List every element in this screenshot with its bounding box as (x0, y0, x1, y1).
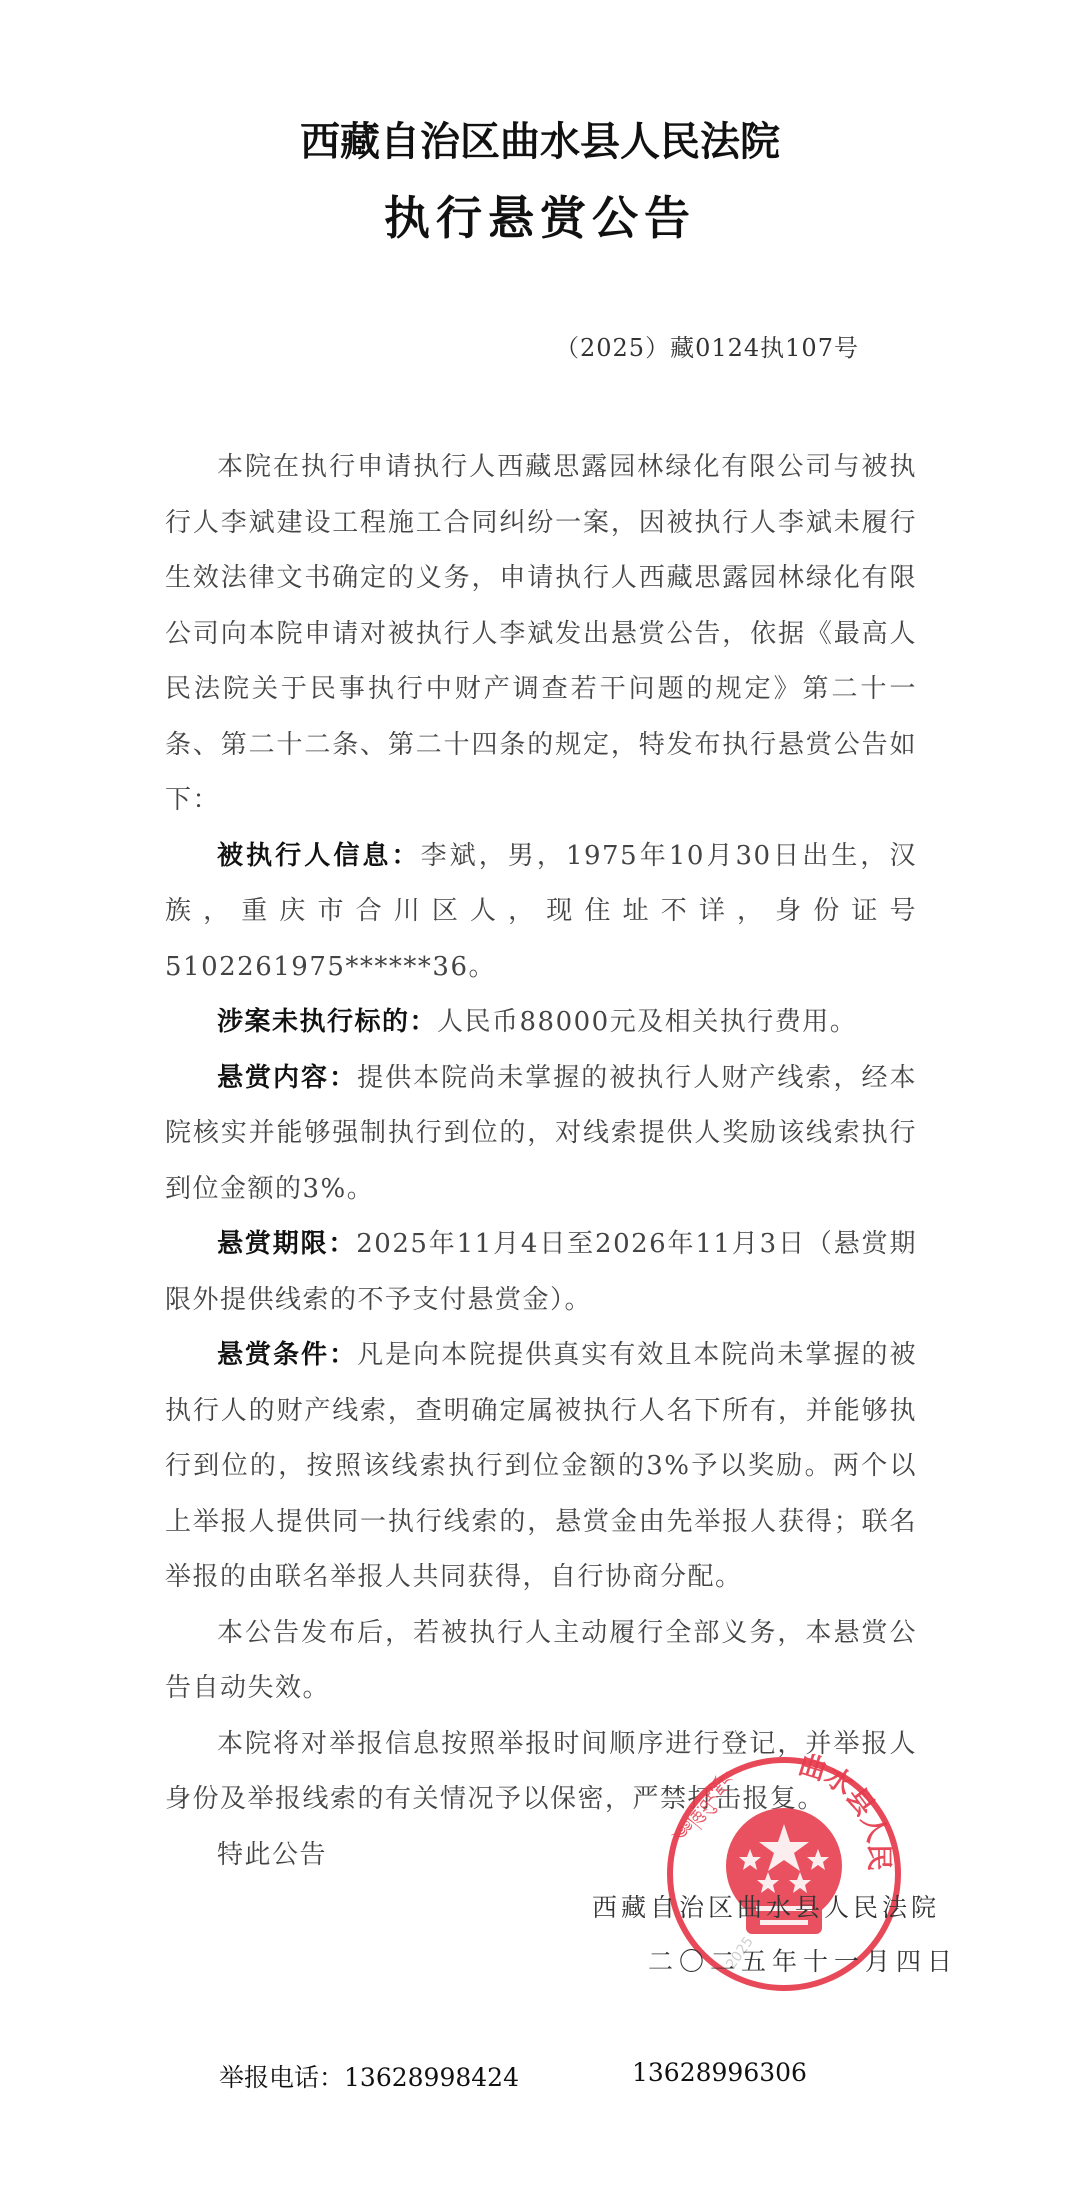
section-text: 人民币88000元及相关执行费用。 (437, 1007, 857, 1037)
section-defendant-info: 被执行人信息：李斌，男，1975年10月30日出生，汉族，重庆市合川区人，现住址… (165, 829, 917, 996)
section-label: 涉案未执行标的： (217, 1007, 437, 1037)
section-text: 凡是向本院提供真实有效且本院尚未掌握的被执行人的财产线索，查明确定属被执行人名下… (165, 1340, 917, 1592)
section-reward-content: 悬赏内容：提供本院尚未掌握的被执行人财产线索，经本院核实并能够强制执行到位的，对… (165, 1051, 917, 1218)
report-hotline: 举报电话：13628998424 13628996306 (219, 2058, 519, 2094)
court-name-heading: 西藏自治区曲水县人民法院 (0, 110, 1080, 167)
document-title: 执行悬赏公告 (0, 182, 1080, 248)
section-label: 悬赏期限： (217, 1229, 356, 1259)
signature-date: 二〇二五年十一月四日 (648, 1942, 958, 1978)
section-unexecuted-amount: 涉案未执行标的：人民币88000元及相关执行费用。 (165, 995, 917, 1051)
notice-body: 本院在执行申请执行人西藏思露园林绿化有限公司与被执行人李斌建设工程施工合同纠纷一… (165, 440, 917, 1883)
section-label: 悬赏条件： (217, 1340, 357, 1370)
section-label: 悬赏内容： (217, 1063, 357, 1093)
signature-court: 西藏自治区曲水县人民法院 (592, 1888, 940, 1924)
invalidation-paragraph: 本公告发布后，若被执行人主动履行全部义务，本悬赏公告自动失效。 (165, 1606, 917, 1717)
intro-paragraph: 本院在执行申请执行人西藏思露园林绿化有限公司与被执行人李斌建设工程施工合同纠纷一… (165, 440, 917, 829)
section-label: 被执行人信息： (217, 841, 421, 871)
hotline-number-2[interactable]: 13628996306 (632, 2058, 807, 2087)
hotline-label: 举报电话： (219, 2063, 344, 2092)
section-reward-period: 悬赏期限：2025年11月4日至2026年11月3日（悬赏期限外提供线索的不予支… (165, 1217, 917, 1328)
svg-text:༄༅།ཆུ་ཤུར་རྫོང་: ༄༅།ཆུ་ཤུར་རྫོང་ (667, 1766, 742, 1848)
hotline-number-1[interactable]: 13628998424 (344, 2063, 519, 2092)
case-number: （2025）藏0124执107号 (555, 328, 859, 363)
section-reward-conditions: 悬赏条件：凡是向本院提供真实有效且本院尚未掌握的被执行人的财产线索，查明确定属被… (165, 1328, 917, 1606)
